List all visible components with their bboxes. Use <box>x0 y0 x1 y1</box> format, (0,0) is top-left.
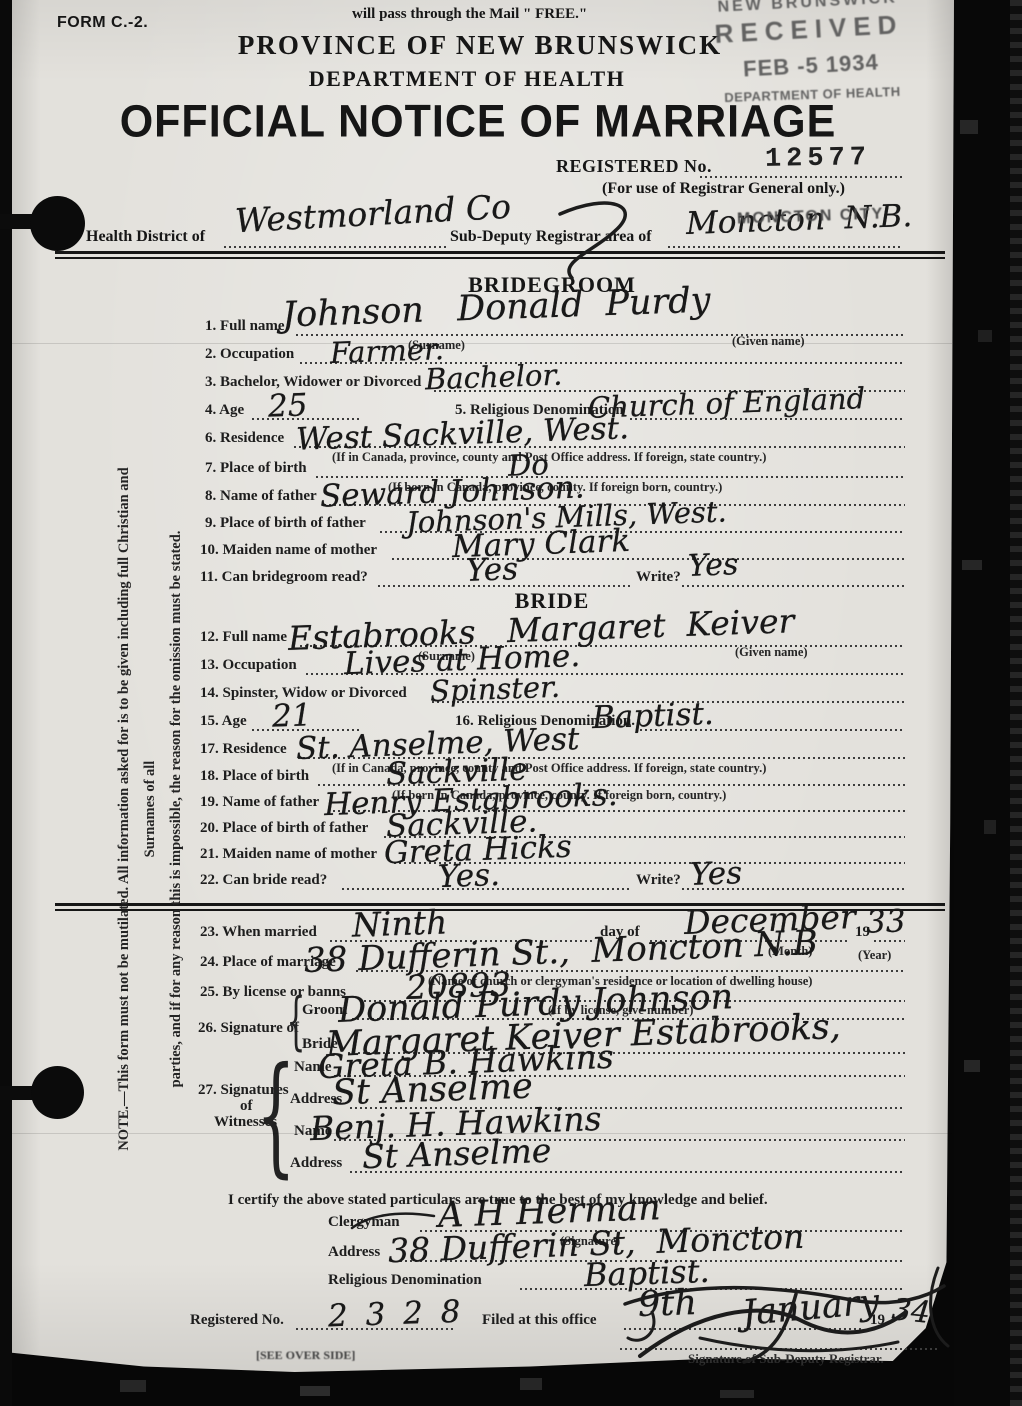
form-number: FORM C.-2. <box>57 14 148 32</box>
double-rule-top-b <box>55 257 945 259</box>
religion-label: Religious Denomination <box>328 1272 482 1289</box>
field21-label: 21. Maiden name of mother <box>200 846 377 863</box>
field18-label: 18. Place of birth <box>200 768 309 785</box>
office-registered-no-value: 2 3 2 8 <box>327 1294 465 1335</box>
field17-label: 17. Residence <box>200 741 287 758</box>
punch-hole-bottom <box>31 1066 84 1119</box>
field14-value: Spinster. <box>429 670 560 709</box>
side-note-line1: NOTE.—This form must not be mutilated. A… <box>111 444 163 1174</box>
field1-label: 1. Full name <box>205 318 285 335</box>
field22-value: Yes. <box>437 857 500 895</box>
field25-label: 25. By license or banns <box>200 984 346 1001</box>
field20-label: 20. Place of birth of father <box>200 820 368 837</box>
registered-no-value: 12577 <box>765 143 872 175</box>
field10-label: 10. Maiden name of mother <box>200 542 377 559</box>
field19-label: 19. Name of father <box>200 794 319 811</box>
received-stamp-date: FEB -5 1934 <box>700 47 921 84</box>
filed-day-value: 9th <box>637 1283 697 1325</box>
witness2-address-label: Address <box>290 1155 342 1172</box>
clergyman-label: Clergyman <box>328 1214 400 1231</box>
field15-label: 15. Age <box>200 713 247 730</box>
field15-value: 21 <box>271 697 312 734</box>
sub-registrar-signature-label: Signature of Sub-Deputy Registrar. <box>688 1351 884 1367</box>
clergyman-address-label: Address <box>328 1244 380 1261</box>
field23-label: 23. When married <box>200 924 317 941</box>
field4-label: 4. Age <box>205 402 244 419</box>
given-name-sublabel: (Given name) <box>732 334 805 349</box>
mail-free-note: will pass through the Mail " FREE." <box>352 6 587 23</box>
field3-label: 3. Bachelor, Widower or Divorced <box>205 374 421 391</box>
department-heading: DEPARTMENT OF HEALTH <box>309 66 626 92</box>
scan-artifact-line <box>12 343 952 344</box>
registrar-only-note: (For use of Registrar General only.) <box>602 180 845 198</box>
field13-label: 13. Occupation <box>200 657 297 674</box>
witness2-address-value: St Anselme <box>361 1131 552 1177</box>
scan-artifact-line <box>12 1133 952 1134</box>
field12-label: 12. Full name <box>200 629 287 646</box>
write-label-bride: Write? <box>636 872 681 889</box>
side-note-vertical: NOTE.—This form must not be mutilated. A… <box>111 444 165 1174</box>
field22-label: 22. Can bride read? <box>200 872 327 889</box>
dotted-line <box>224 246 446 248</box>
see-over-side-note: [SEE OVER SIDE] <box>256 1348 355 1363</box>
field11-value: Yes <box>465 551 518 589</box>
registered-no-label: REGISTERED No. <box>556 156 712 177</box>
year-sublabel: (Year) <box>858 948 891 963</box>
left-scan-edge <box>0 0 12 1406</box>
office-registered-no-label: Registered No. <box>190 1312 284 1329</box>
filed-year-prefix: 19 <box>870 1312 885 1329</box>
field6-label: 6. Residence <box>205 430 284 447</box>
field23-year-value: 33 <box>865 903 906 940</box>
received-stamp: NEW BRUNSWICK RECEIVED FEB -5 1934 DEPAR… <box>697 0 922 108</box>
field2-label: 2. Occupation <box>205 346 294 363</box>
field6-sublabel: (If in Canada, province, county and Post… <box>332 450 766 465</box>
field8-label: 8. Name of father <box>205 488 317 505</box>
field7-label: 7. Place of birth <box>205 460 307 477</box>
dotted-line <box>620 1348 940 1350</box>
field16-value: Baptist. <box>591 696 714 736</box>
sub-deputy-label: Sub-Deputy Registrar area of <box>450 228 652 246</box>
right-edge-speckle <box>1010 0 1022 1406</box>
punch-hole-top <box>30 196 85 251</box>
field9-label: 9. Place of birth of father <box>205 515 366 532</box>
filed-year-value: 34 <box>890 1292 932 1331</box>
dotted-line <box>668 246 902 248</box>
field22-write-value: Yes <box>689 855 742 893</box>
document-title: OFFICIAL NOTICE OF MARRIAGE <box>120 97 837 148</box>
scanned-marriage-notice: will pass through the Mail " FREE." FORM… <box>0 0 1022 1406</box>
field27-label-line2: of <box>240 1098 253 1115</box>
dotted-line <box>682 585 905 587</box>
field26-label: 26. Signature of <box>198 1020 299 1037</box>
field11-write-value: Yes <box>687 547 739 584</box>
health-district-label: Health District of <box>86 228 205 246</box>
province-heading: PROVINCE OF NEW BRUNSWICK <box>238 30 722 61</box>
write-label-groom: Write? <box>636 569 681 586</box>
field11-label: 11. Can bridegroom read? <box>200 569 368 586</box>
dotted-line <box>700 176 905 178</box>
double-rule-top-a <box>55 251 945 254</box>
given-name-sublabel-bride: (Given name) <box>735 645 808 660</box>
dotted-line <box>874 940 905 942</box>
filed-label: Filed at this office <box>482 1312 597 1329</box>
side-note-line2: parties, and if for any reason this is i… <box>163 444 189 1174</box>
field4-value: 25 <box>267 387 308 424</box>
field3-value: Bachelor. <box>424 358 562 397</box>
